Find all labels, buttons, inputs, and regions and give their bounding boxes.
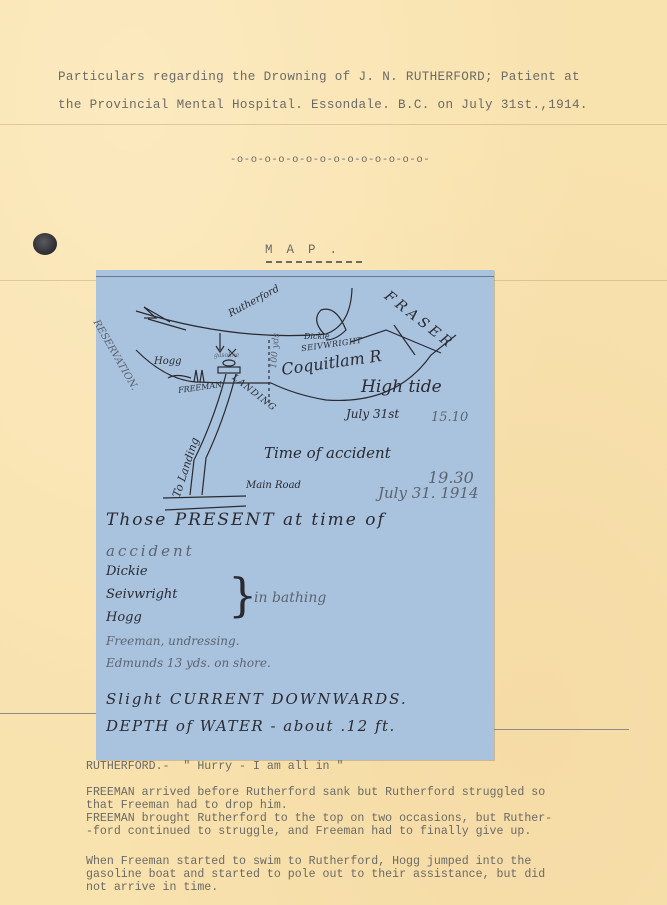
paper-tear-line bbox=[494, 729, 629, 730]
present-heading: Those PRESENT at time of bbox=[106, 510, 386, 530]
map-label-dickie: Dickie bbox=[304, 332, 330, 341]
accident-label: Time of accident bbox=[264, 444, 391, 462]
edmunds-note: Edmunds 13 yds. on shore. bbox=[106, 656, 271, 670]
narrative-line: FREEMAN brought Rutherford to the top on… bbox=[86, 812, 552, 825]
narrative-line: -ford continued to struggle, and Freeman… bbox=[86, 825, 531, 838]
fraser-bank bbox=[394, 325, 415, 355]
map-label-hogg: Hogg bbox=[154, 356, 182, 367]
paper-tear-line bbox=[0, 713, 96, 714]
narrative-line: that Freeman had to drop him. bbox=[86, 799, 288, 812]
punch-hole bbox=[33, 233, 57, 255]
map-label-main-road: Main Road bbox=[246, 480, 301, 491]
accident-date: July 31. 1914 bbox=[378, 484, 479, 502]
bathing-brace: } bbox=[228, 568, 257, 622]
narrative-line: When Freeman started to swim to Rutherfo… bbox=[86, 855, 531, 868]
gasoline-boat bbox=[223, 360, 235, 366]
rutherford-quote: RUTHERFORD.- " Hurry - I am all in " bbox=[86, 760, 343, 773]
document-title-line-1: Particulars regarding the Drowning of J.… bbox=[58, 70, 580, 84]
bathing-name-dickie: Dickie bbox=[106, 564, 148, 579]
bathing-name-seivwright: Seivwright bbox=[106, 587, 178, 602]
gasoline-boat-landing bbox=[218, 367, 240, 373]
paper-fold-line bbox=[0, 124, 667, 125]
narrative-line: not arrive in time. bbox=[86, 881, 218, 894]
rutherford-arrow bbox=[216, 333, 224, 352]
main-road bbox=[163, 496, 246, 510]
bathing-name-hogg: Hogg bbox=[106, 610, 142, 625]
current-arrow bbox=[144, 307, 186, 330]
hogg-position bbox=[168, 376, 191, 379]
high-tide-label: High tide bbox=[361, 377, 442, 397]
high-tide-time: 15.10 bbox=[431, 410, 468, 425]
current-note: Slight CURRENT DOWNWARDS. bbox=[106, 690, 408, 708]
bathing-note: in bathing bbox=[254, 590, 326, 606]
freeman-note: Freeman, undressing. bbox=[106, 634, 240, 648]
document-title-line-2: the Provincial Mental Hospital. Essondal… bbox=[58, 98, 588, 112]
present-heading-cont: accident bbox=[106, 542, 195, 560]
depth-note: DEPTH of WATER - about .12 ft. bbox=[106, 717, 396, 735]
hand-drawn-map-sheet: RESERVATION. Rutherford FRASER Hogg gaso… bbox=[96, 270, 494, 760]
section-divider: -o-o-o-o-o-o-o-o-o-o-o-o-o-o- bbox=[230, 154, 430, 166]
narrative-line: FREEMAN arrived before Rutherford sank b… bbox=[86, 786, 545, 799]
high-tide-date: July 31st bbox=[346, 407, 399, 421]
freeman-marker bbox=[194, 370, 204, 382]
map-heading: MAP. bbox=[265, 243, 351, 257]
map-label-gasoline: gasoline bbox=[214, 352, 239, 359]
narrative-line: gasoline boat and started to pole out to… bbox=[86, 868, 545, 881]
map-heading-underline bbox=[266, 261, 362, 263]
